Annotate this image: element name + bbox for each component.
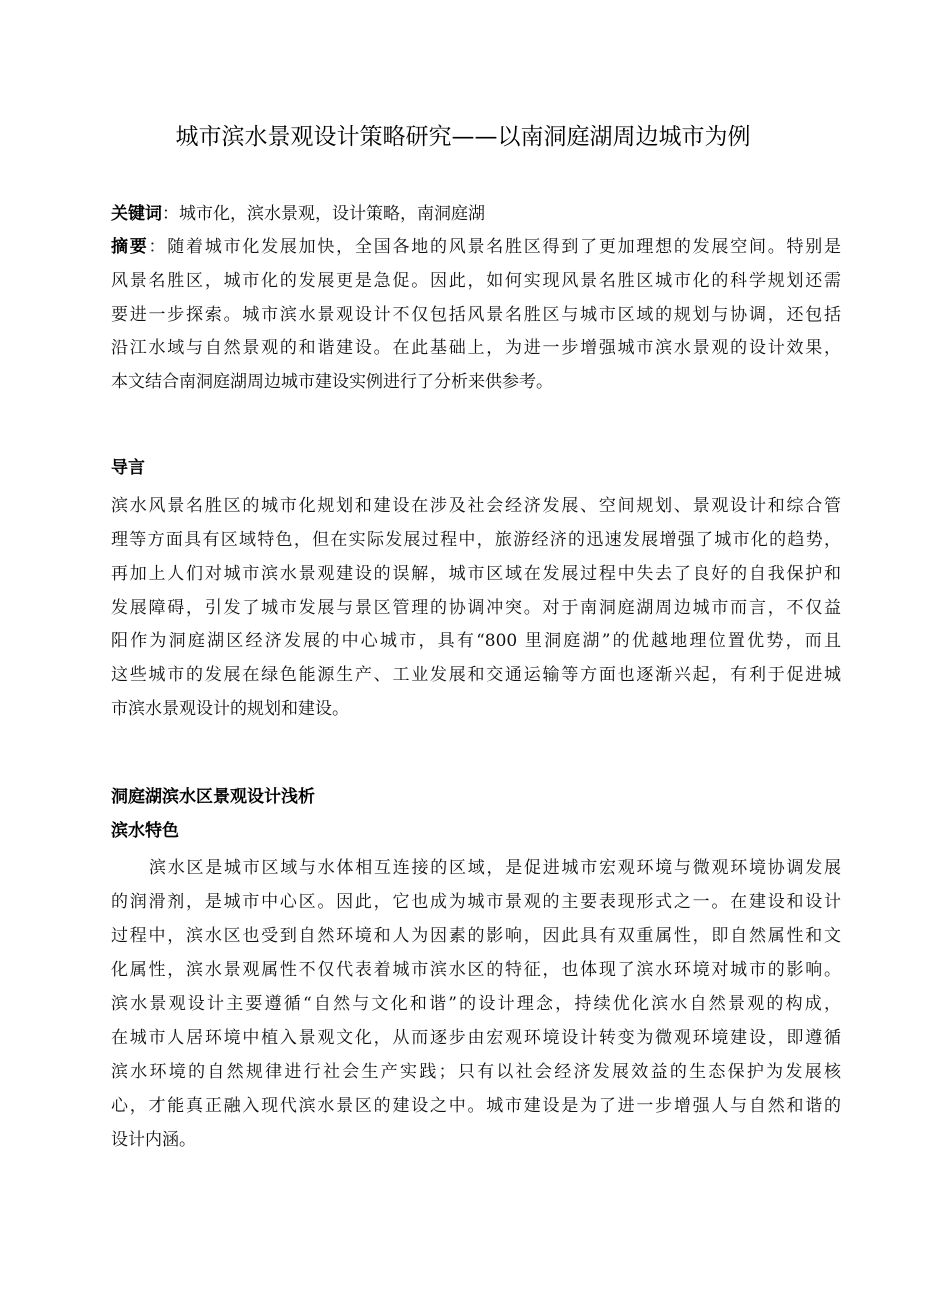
abstract-line: 本文结合南洞庭湖周边城市建设实例进行了分析来供参考。 [111, 371, 841, 393]
section-line: 过程中，滨水区也受到自然环境和人为因素的影响，因此具有双重属性，即自然属性和文 [111, 925, 841, 947]
keywords-value: 城市化，滨水景观，设计策略，南洞庭湖 [179, 204, 485, 224]
section-heading: 洞庭湖滨水区景观设计浅析 [111, 786, 315, 808]
abstract-label: 摘要 [111, 237, 149, 257]
abstract-line: 沿江水域与自然景观的和谐建设。在此基础上，为进一步增强城市滨水景观的设计效果， [111, 337, 841, 359]
introduction-line: 滨水风景名胜区的城市化规划和建设在涉及社会经济发展、空间规划、景观设计和综合管 [111, 495, 841, 517]
introduction-line: 理等方面具有区域特色，但在实际发展过程中，旅游经济的迅速发展增强了城市化的趋势， [111, 529, 841, 551]
document-page: 城市滨水景观设计策略研究——以南洞庭湖周边城市为例 关键词：城市化，滨水景观，设… [0, 0, 926, 1309]
section-line: 心，才能真正融入现代滨水景区的建设之中。城市建设是为了进一步增强人与自然和谐的 [111, 1095, 841, 1117]
keywords-separator: ： [162, 204, 179, 224]
abstract-separator: ： [149, 237, 168, 257]
section-line: 滨水景观设计主要遵循“自然与文化和谐”的设计理念，持续优化滨水自然景观的构成， [111, 993, 841, 1015]
section-line: 在城市人居环境中植入景观文化，从而逐步由宏观环境设计转变为微观环境建设，即遵循 [111, 1027, 841, 1049]
introduction-line: 发展障碍，引发了城市发展与景区管理的协调冲突。对于南洞庭湖周边城市而言，不仅益 [111, 597, 841, 619]
introduction-line: 阳作为洞庭湖区经济发展的中心城市，具有“800 里洞庭湖”的优越地理位置优势，而… [111, 630, 841, 652]
abstract-line: 风景名胜区，城市化的发展更是急促。因此，如何实现风景名胜区城市化的科学规划还需 [111, 270, 841, 292]
introduction-line: 市滨水景观设计的规划和建设。 [111, 698, 841, 720]
section-line: 滨水环境的自然规律进行社会生产实践；只有以社会经济发展效益的生态保护为发展核 [111, 1061, 841, 1083]
abstract-line: 要进一步探索。城市滨水景观设计不仅包括风景名胜区与城市区域的规划与协调，还包括 [111, 304, 841, 326]
keywords-label: 关键词 [111, 204, 162, 224]
section-line: 的润滑剂，是城市中心区。因此，它也成为城市景观的主要表现形式之一。在建设和设计 [111, 891, 841, 913]
keywords-line: 关键词：城市化，滨水景观，设计策略，南洞庭湖 [111, 203, 841, 225]
document-title: 城市滨水景观设计策略研究——以南洞庭湖周边城市为例 [0, 120, 926, 154]
introduction-line: 再加上人们对城市滨水景观建设的误解，城市区域在发展过程中失去了良好的自我保护和 [111, 563, 841, 585]
section-line: 滨水区是城市区域与水体相互连接的区域，是促进城市宏观环境与微观环境协调发展 [111, 857, 841, 879]
section-line: 设计内涵。 [111, 1129, 841, 1151]
abstract-text: 随着城市化发展加快，全国各地的风景名胜区得到了更加理想的发展空间。特别是 [167, 237, 841, 257]
abstract-line: 摘要：随着城市化发展加快，全国各地的风景名胜区得到了更加理想的发展空间。特别是 [111, 236, 841, 258]
section-subheading: 滨水特色 [111, 820, 179, 842]
introduction-line: 这些城市的发展在绿色能源生产、工业发展和交通运输等方面也逐渐兴起，有利于促进城 [111, 664, 841, 686]
section-line: 化属性，滨水景观属性不仅代表着城市滨水区的特征，也体现了滨水环境对城市的影响。 [111, 959, 841, 981]
introduction-heading: 导言 [111, 457, 145, 479]
